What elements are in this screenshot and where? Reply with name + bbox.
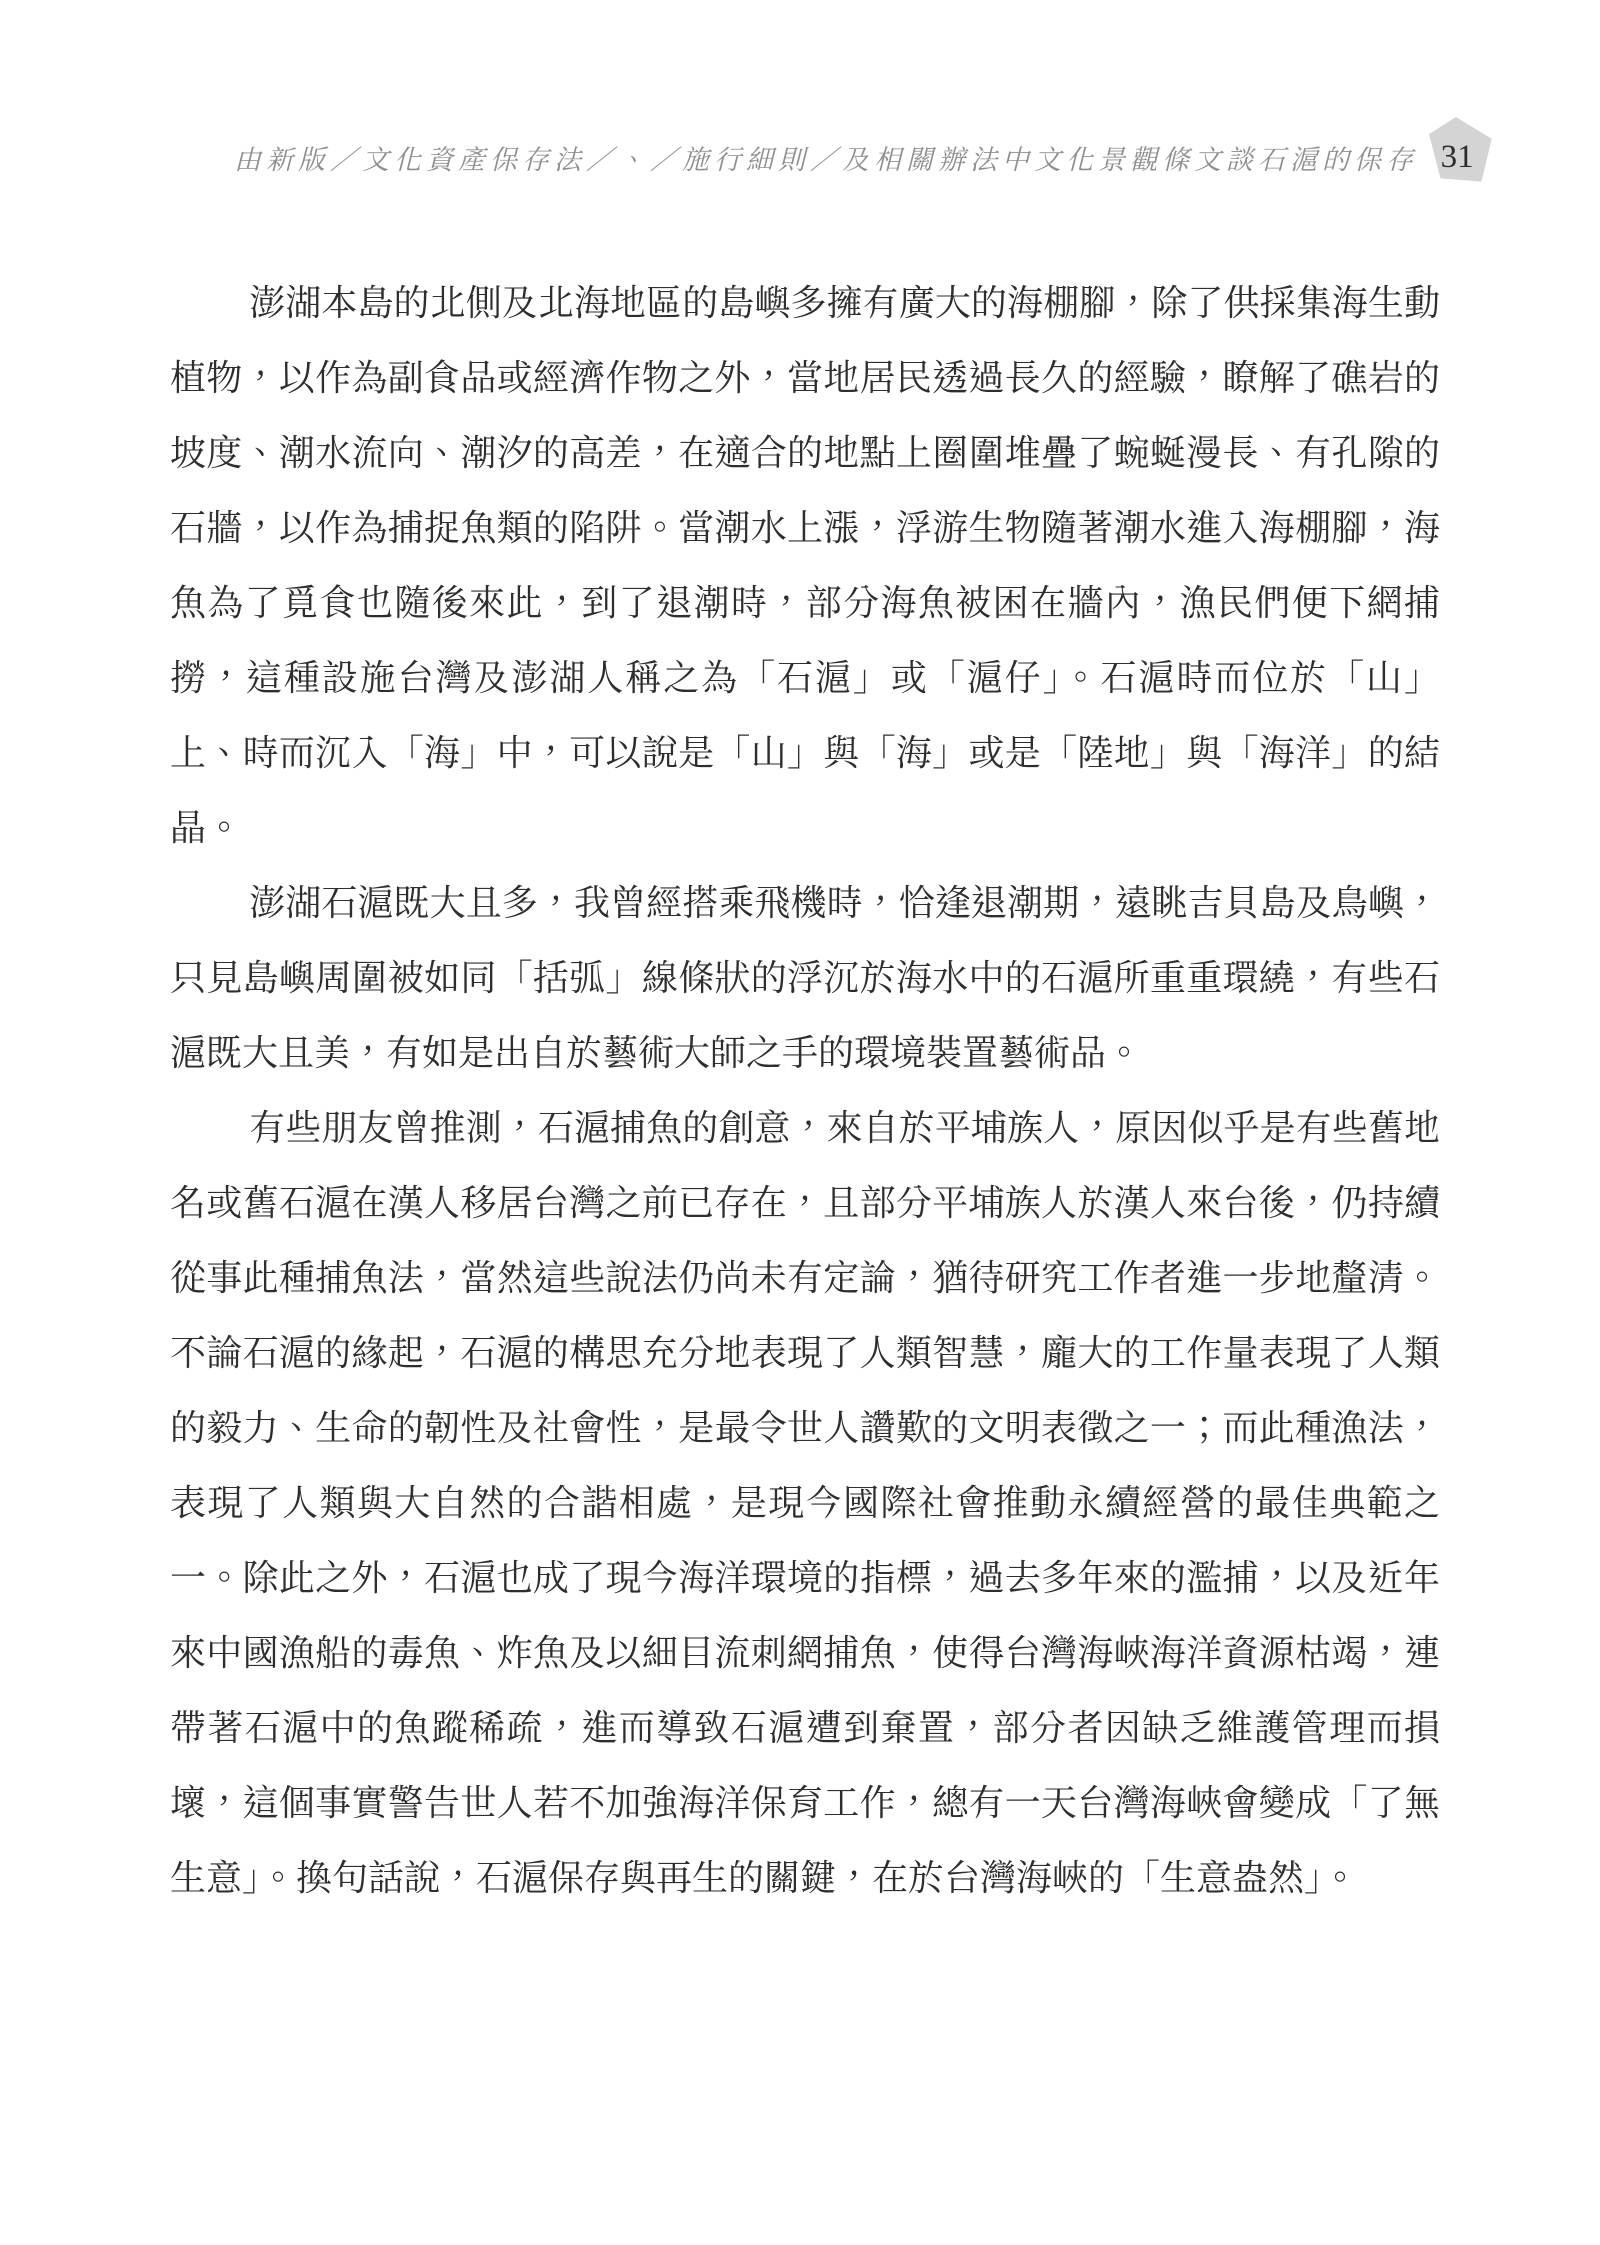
page-number: 31 [1429,124,1485,190]
document-page: 由新版／文化資產保存法／、／施行細則／及相關辦法中文化景觀條文談石滬的保存 31… [0,0,1600,2245]
paragraph: 澎湖本島的北側及北海地區的島嶼多擁有廣大的海棚腳，除了供採集海生動植物，以作為副… [170,266,1440,866]
paragraph: 有些朋友曾推測，石滬捕魚的創意，來自於平埔族人，原因似乎是有些舊地名或舊石滬在漢… [170,1091,1440,1916]
running-header-title: 由新版／文化資產保存法／、／施行細則／及相關辦法中文化景觀條文談石滬的保存 [0,138,1418,177]
article-body: 澎湖本島的北側及北海地區的島嶼多擁有廣大的海棚腳，除了供採集海生動植物，以作為副… [170,266,1440,1916]
paragraph: 澎湖石滬既大且多，我曾經搭乘飛機時，恰逢退潮期，遠眺吉貝島及鳥嶼，只見島嶼周圍被… [170,866,1440,1091]
page-number-badge: 31 [1429,117,1493,183]
